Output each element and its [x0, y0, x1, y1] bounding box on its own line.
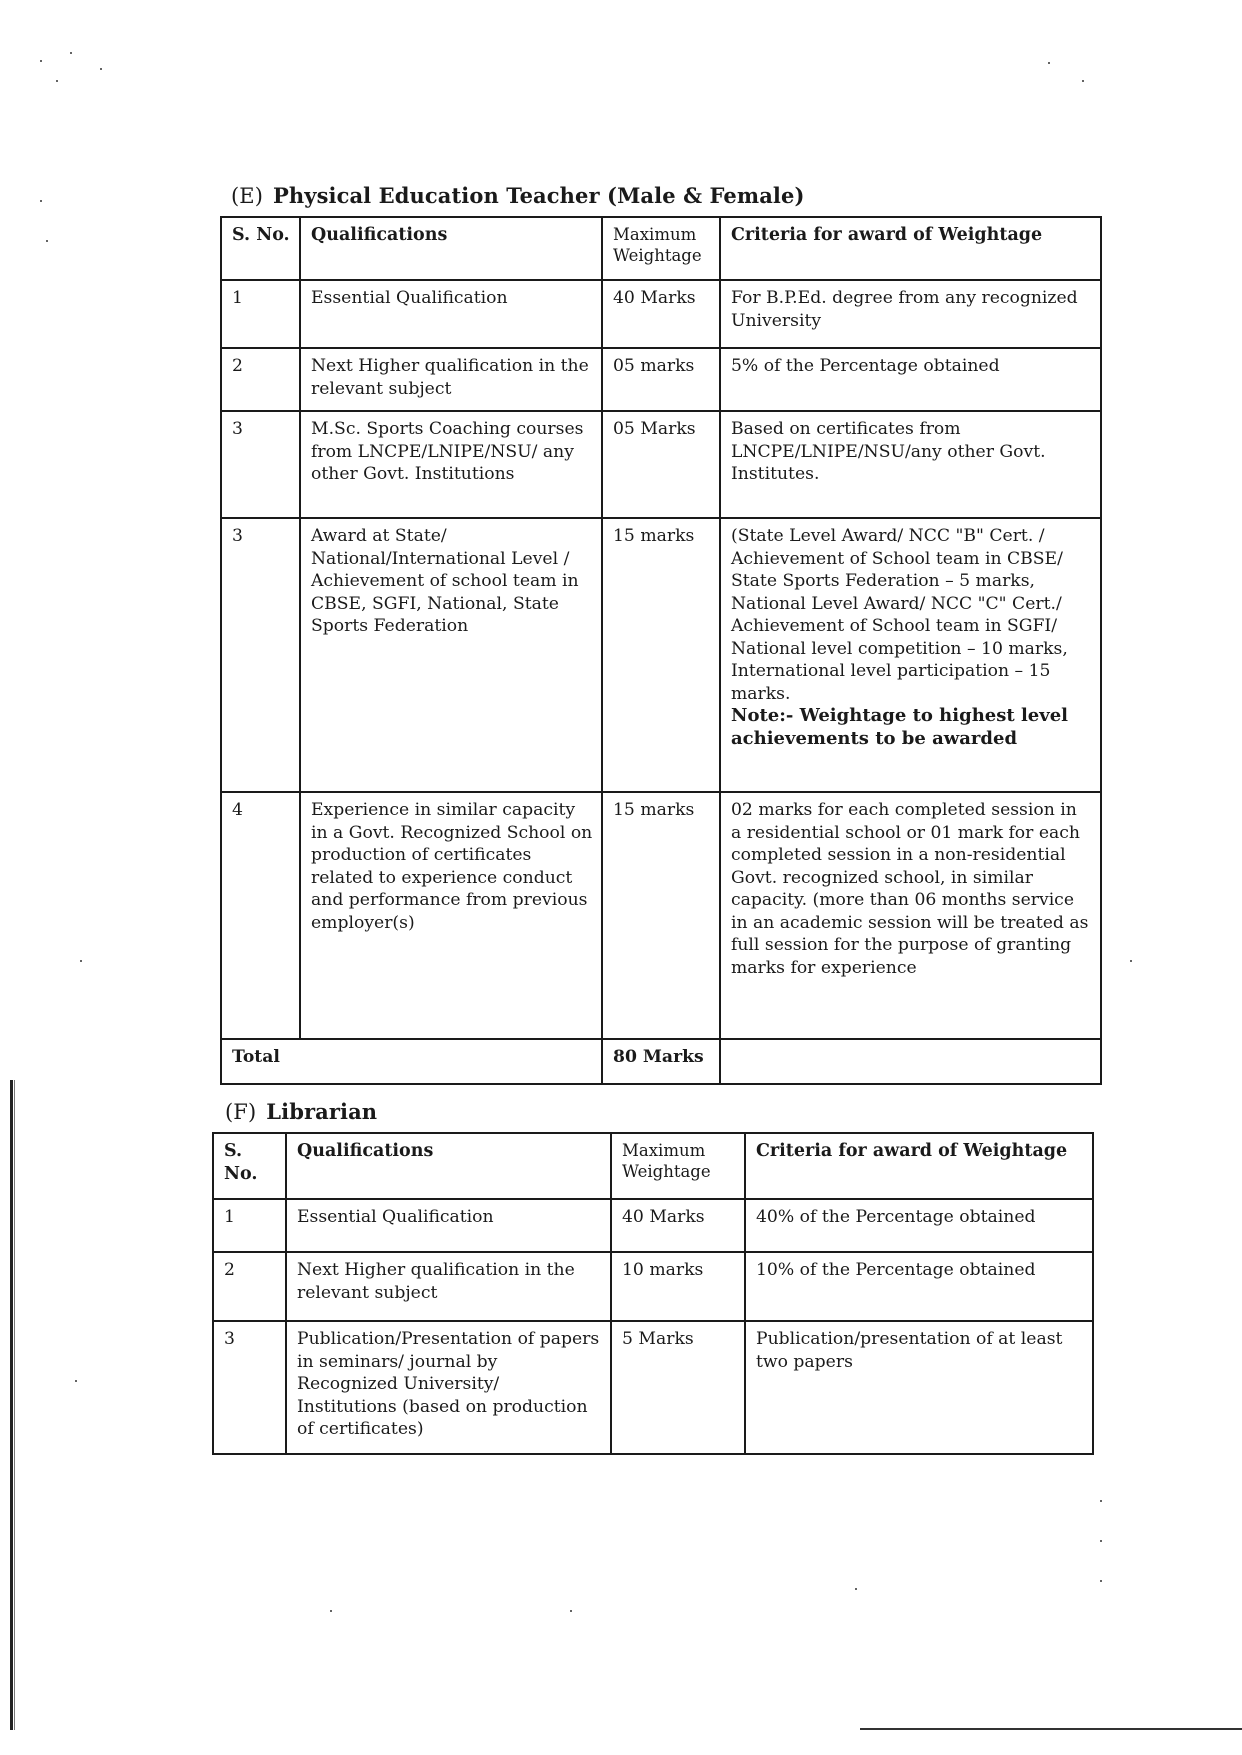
row-qualification: Essential Qualification — [286, 1199, 611, 1252]
row-sno: 1 — [221, 280, 300, 348]
row-sno: 2 — [213, 1252, 286, 1321]
row-sno: 3 — [221, 518, 300, 792]
scan-speck — [1100, 1540, 1102, 1542]
scan-speck — [1130, 960, 1132, 962]
scan-speck — [40, 60, 42, 62]
scan-speck — [70, 52, 72, 54]
table-row: 3 Award at State/ National/International… — [221, 518, 1101, 792]
row-marks: 15 marks — [602, 792, 720, 1039]
total-criteria — [720, 1039, 1101, 1084]
table-row: 2 Next Higher qualification in the relev… — [213, 1252, 1093, 1321]
scan-speck — [330, 1610, 332, 1612]
scan-speck — [46, 240, 48, 242]
row-qualification: Next Higher qualification in the relevan… — [286, 1252, 611, 1321]
scan-bottom-line — [860, 1728, 1242, 1730]
row-qualification: M.Sc. Sports Coaching courses from LNCPE… — [300, 411, 602, 518]
row-sno: 3 — [221, 411, 300, 518]
section-e-title: (E)Physical Education Teacher (Male & Fe… — [231, 183, 804, 208]
scan-speck — [75, 1380, 77, 1382]
row-marks: 40 Marks — [602, 280, 720, 348]
header-criteria: Criteria for award of Weightage — [720, 217, 1101, 280]
scan-speck — [40, 200, 42, 202]
row-marks: 05 Marks — [602, 411, 720, 518]
section-f-title: (F)Librarian — [225, 1099, 377, 1124]
header-sno: S. No. — [213, 1133, 286, 1199]
table-row: 2 Next Higher qualification in the relev… — [221, 348, 1101, 411]
row-criteria: 10% of the Percentage obtained — [745, 1252, 1093, 1321]
header-qualifications: Qualifications — [286, 1133, 611, 1199]
row-marks: 10 marks — [611, 1252, 745, 1321]
row-sno: 3 — [213, 1321, 286, 1454]
header-sno: S. No. — [221, 217, 300, 280]
scan-speck — [1048, 62, 1050, 64]
row-criteria: (State Level Award/ NCC "B" Cert. / Achi… — [720, 518, 1101, 792]
section-f-title-text: Librarian — [266, 1099, 377, 1124]
award-criteria-text: (State Level Award/ NCC "B" Cert. / Achi… — [731, 526, 1068, 704]
row-criteria: 02 marks for each completed session in a… — [720, 792, 1101, 1039]
table-header-row: S. No. Qualifications Maximum Weightage … — [221, 217, 1101, 280]
librarian-table: S. No. Qualifications Maximum Weightage … — [212, 1132, 1094, 1455]
section-e-title-text: Physical Education Teacher (Male & Femal… — [273, 183, 804, 208]
scan-speck — [570, 1610, 572, 1612]
header-qualifications: Qualifications — [300, 217, 602, 280]
total-label: Total — [221, 1039, 602, 1084]
table-row: 4 Experience in similar capacity in a Go… — [221, 792, 1101, 1039]
row-sno: 4 — [221, 792, 300, 1039]
row-marks: 5 Marks — [611, 1321, 745, 1454]
row-criteria: 5% of the Percentage obtained — [720, 348, 1101, 411]
scan-speck — [100, 68, 102, 70]
row-criteria: 40% of the Percentage obtained — [745, 1199, 1093, 1252]
row-sno: 2 — [221, 348, 300, 411]
award-criteria-note: Note:- Weightage to highest level achiev… — [731, 705, 1068, 749]
scan-speck — [1100, 1580, 1102, 1582]
row-qualification: Experience in similar capacity in a Govt… — [300, 792, 602, 1039]
row-criteria: Based on certificates from LNCPE/LNIPE/N… — [720, 411, 1101, 518]
row-criteria: Publication/presentation of at least two… — [745, 1321, 1093, 1454]
scan-speck — [855, 1588, 857, 1590]
scan-edge-bar-thin — [14, 1080, 15, 1730]
header-criteria: Criteria for award of Weightage — [745, 1133, 1093, 1199]
scan-speck — [80, 960, 82, 962]
header-max-weightage: Maximum Weightage — [602, 217, 720, 280]
table-row: 3 Publication/Presentation of papers in … — [213, 1321, 1093, 1454]
row-qualification: Next Higher qualification in the relevan… — [300, 348, 602, 411]
table-row: 1 Essential Qualification 40 Marks 40% o… — [213, 1199, 1093, 1252]
table-row: 3 M.Sc. Sports Coaching courses from LNC… — [221, 411, 1101, 518]
scan-edge-bar — [10, 1080, 13, 1730]
row-marks: 40 Marks — [611, 1199, 745, 1252]
row-qualification: Publication/Presentation of papers in se… — [286, 1321, 611, 1454]
row-marks: 05 marks — [602, 348, 720, 411]
row-criteria: For B.P.Ed. degree from any recognized U… — [720, 280, 1101, 348]
scan-speck — [56, 80, 58, 82]
row-marks: 15 marks — [602, 518, 720, 792]
table-row: 1 Essential Qualification 40 Marks For B… — [221, 280, 1101, 348]
table-total-row: Total 80 Marks — [221, 1039, 1101, 1084]
scan-speck — [1082, 80, 1084, 82]
row-sno: 1 — [213, 1199, 286, 1252]
physical-education-teacher-table: S. No. Qualifications Maximum Weightage … — [220, 216, 1102, 1085]
scan-speck — [1100, 1500, 1102, 1502]
header-max-weightage: Maximum Weightage — [611, 1133, 745, 1199]
total-marks: 80 Marks — [602, 1039, 720, 1084]
row-qualification: Award at State/ National/International L… — [300, 518, 602, 792]
row-qualification: Essential Qualification — [300, 280, 602, 348]
section-f-marker: (F) — [225, 1100, 256, 1124]
section-e-marker: (E) — [231, 184, 263, 208]
table-header-row: S. No. Qualifications Maximum Weightage … — [213, 1133, 1093, 1199]
